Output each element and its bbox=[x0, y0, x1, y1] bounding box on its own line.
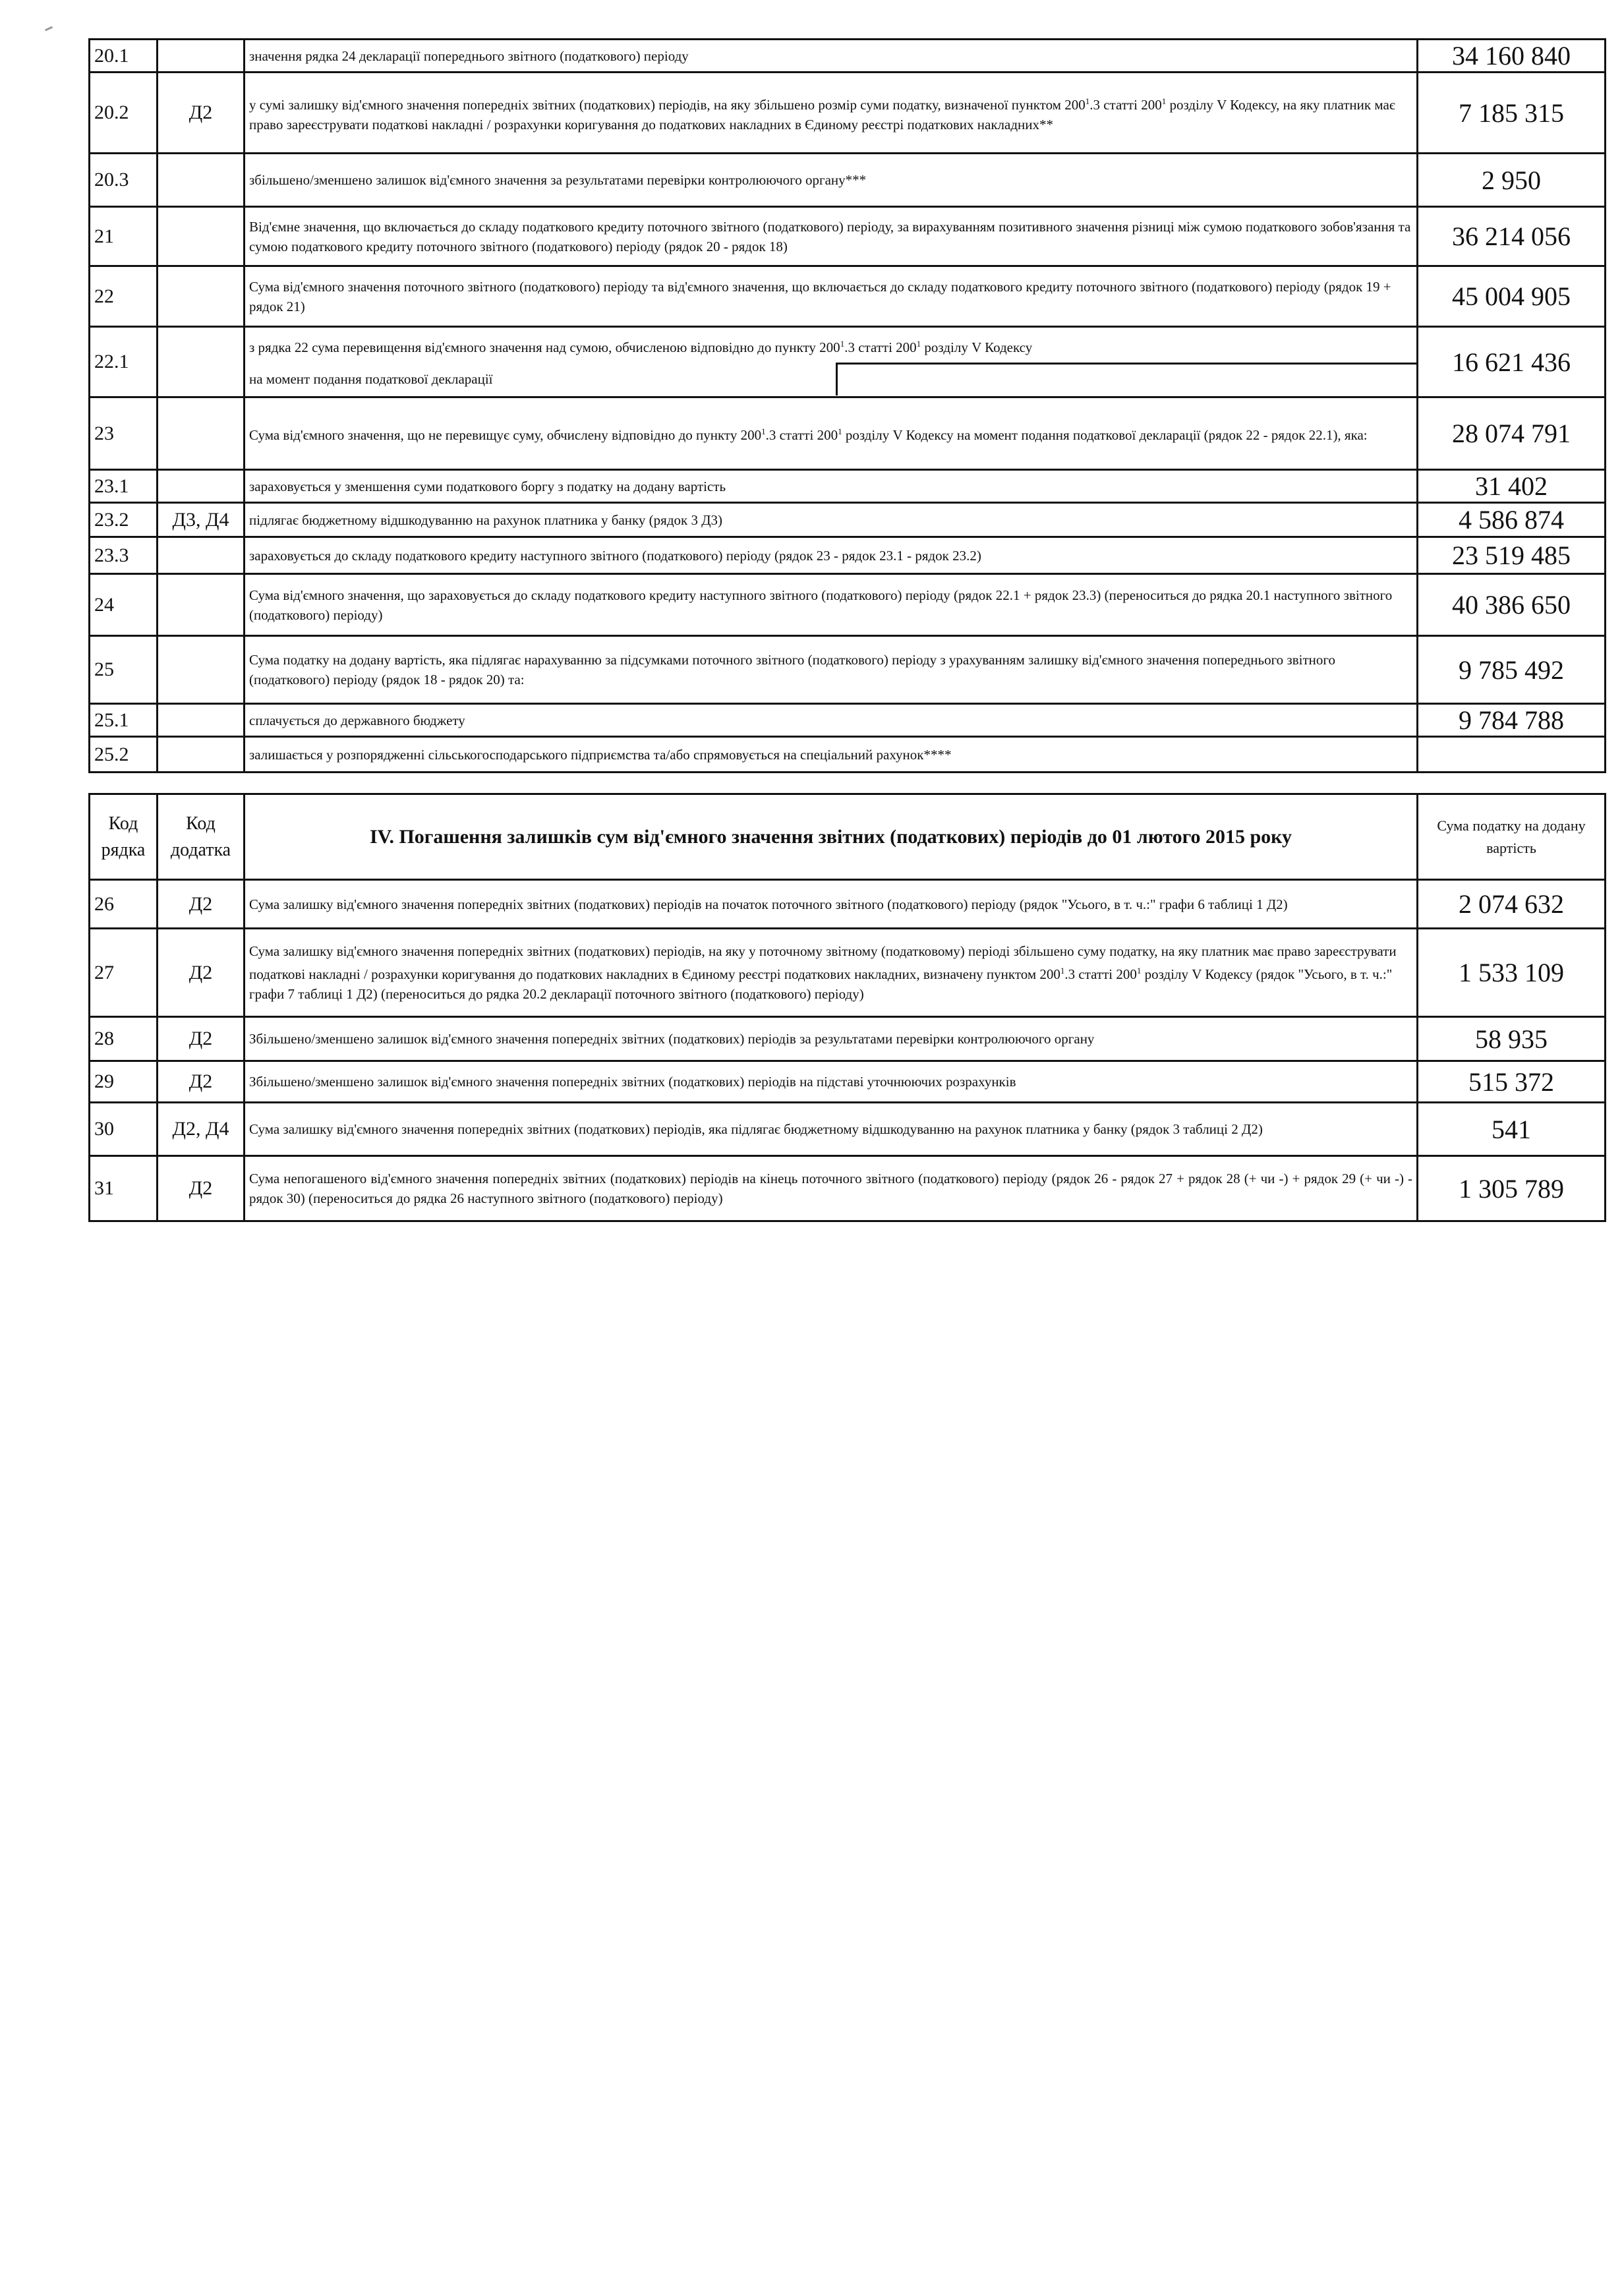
description-cell: Сума від'ємного значення, що не перевищу… bbox=[245, 397, 1418, 470]
description-fragment: .3 статті 200 bbox=[844, 339, 916, 355]
row-description: з рядка 22 сума перевищення від'ємного з… bbox=[249, 334, 1032, 357]
row-code: 28 bbox=[90, 1017, 158, 1061]
row-value: 16 621 436 bbox=[1418, 327, 1606, 397]
row-description: збільшено/зменшено залишок від'ємного зн… bbox=[249, 172, 866, 188]
row-value: 2 950 bbox=[1418, 154, 1606, 207]
row-description: значення рядка 24 декларації попередньог… bbox=[249, 48, 689, 64]
row-description: Сума непогашеного від'ємного значення по… bbox=[249, 1171, 1412, 1206]
row-code: 30 bbox=[90, 1103, 158, 1156]
header-row-code: Код рядка bbox=[90, 794, 158, 880]
appendix-code: Д2 bbox=[158, 73, 245, 154]
description-cell: Сума залишку від'ємного значення поперед… bbox=[245, 929, 1418, 1017]
appendix-code: Д2 bbox=[158, 929, 245, 1017]
row-code: 24 bbox=[90, 574, 158, 636]
row-description: зараховується у зменшення суми податково… bbox=[249, 479, 726, 494]
row-value: 34 160 840 bbox=[1418, 40, 1606, 73]
description-line-2-row: на момент подання податкової декларації bbox=[245, 363, 1416, 395]
row-description: Сума залишку від'ємного значення поперед… bbox=[249, 1121, 1263, 1137]
table-row: 28Д2Збільшено/зменшено залишок від'ємног… bbox=[90, 1017, 1606, 1061]
row-code: 21 bbox=[90, 207, 158, 266]
row-code: 23.3 bbox=[90, 537, 158, 574]
row-value: 4 586 874 bbox=[1418, 503, 1606, 537]
row-code: 22.1 bbox=[90, 327, 158, 397]
table-row: 25.1сплачується до державного бюджету9 7… bbox=[90, 704, 1606, 737]
table-row: 23Сума від'ємного значення, що не переви… bbox=[90, 397, 1606, 470]
row-code: 23.1 bbox=[90, 470, 158, 503]
row-description: залишається у розпорядженні сільськогосп… bbox=[249, 747, 951, 763]
table-row: 23.3зараховується до складу податкового … bbox=[90, 537, 1606, 574]
row-code: 20.2 bbox=[90, 73, 158, 154]
table-row: 27Д2Сума залишку від'ємного значення поп… bbox=[90, 929, 1606, 1017]
empty-subcell bbox=[836, 363, 1416, 395]
table-row: 20.1значення рядка 24 декларації поперед… bbox=[90, 40, 1606, 73]
row-value: 28 074 791 bbox=[1418, 397, 1606, 470]
row-value: 2 074 632 bbox=[1418, 880, 1606, 929]
description-cell: Сума від'ємного значення поточного звітн… bbox=[245, 266, 1418, 327]
row-code: 20.3 bbox=[90, 154, 158, 207]
row-value bbox=[1418, 737, 1606, 773]
description-cell: сплачується до державного бюджету bbox=[245, 704, 1418, 737]
row-value: 23 519 485 bbox=[1418, 537, 1606, 574]
section4-title: IV. Погашення залишків сум від'ємного зн… bbox=[245, 794, 1418, 880]
row-value: 36 214 056 bbox=[1418, 207, 1606, 266]
row-value: 31 402 bbox=[1418, 470, 1606, 503]
table-row: 30Д2, Д4Сума залишку від'ємного значення… bbox=[90, 1103, 1606, 1156]
row-value: 58 935 bbox=[1418, 1017, 1606, 1061]
row-code: 25.2 bbox=[90, 737, 158, 773]
row-code: 23 bbox=[90, 397, 158, 470]
appendix-code: Д3, Д4 bbox=[158, 503, 245, 537]
description-cell: Сума від'ємного значення, що зараховуєть… bbox=[245, 574, 1418, 636]
description-cell: Сума залишку від'ємного значення поперед… bbox=[245, 1103, 1418, 1156]
description-fragment: .3 статті 200 bbox=[1089, 97, 1161, 113]
description-cell: Від'ємне значення, що включається до скл… bbox=[245, 207, 1418, 266]
row-code: 22 bbox=[90, 266, 158, 327]
scan-mark bbox=[45, 26, 53, 32]
description-fragment: з рядка 22 сума перевищення від'ємного з… bbox=[249, 339, 840, 355]
section4-table: Код рядка Код додатка IV. Погашення зали… bbox=[88, 793, 1606, 1222]
appendix-code bbox=[158, 397, 245, 470]
description-cell: збільшено/зменшено залишок від'ємного зн… bbox=[245, 154, 1418, 207]
appendix-code bbox=[158, 636, 245, 704]
appendix-code bbox=[158, 737, 245, 773]
row-value: 9 785 492 bbox=[1418, 636, 1606, 704]
row-description: Сума податку на додану вартість, яка під… bbox=[249, 652, 1335, 687]
row-code: 26 bbox=[90, 880, 158, 929]
table-row: 24Сума від'ємного значення, що зараховує… bbox=[90, 574, 1606, 636]
appendix-code: Д2 bbox=[158, 1061, 245, 1103]
description-cell: з рядка 22 сума перевищення від'ємного з… bbox=[245, 327, 1418, 397]
description-fragment: Сума від'ємного значення, що не перевищу… bbox=[249, 427, 761, 443]
header-vat-amount: Сума податку на додану вартість bbox=[1418, 794, 1606, 880]
description-cell: значення рядка 24 декларації попередньог… bbox=[245, 40, 1418, 73]
header-appendix-code: Код додатка bbox=[158, 794, 245, 880]
description-fragment: .3 статті 200 bbox=[1064, 966, 1136, 982]
row-description: Сума залишку від'ємного значення поперед… bbox=[249, 896, 1288, 912]
table-row: 20.3збільшено/зменшено залишок від'ємног… bbox=[90, 154, 1606, 207]
table-row: 26Д2Сума залишку від'ємного значення поп… bbox=[90, 880, 1606, 929]
appendix-code: Д2 bbox=[158, 1017, 245, 1061]
description-cell: Сума непогашеного від'ємного значення по… bbox=[245, 1156, 1418, 1221]
table-row: 23.2Д3, Д4підлягає бюджетному відшкодува… bbox=[90, 503, 1606, 537]
row-code: 31 bbox=[90, 1156, 158, 1221]
row-description: Сума залишку від'ємного значення поперед… bbox=[249, 943, 1397, 1002]
appendix-code bbox=[158, 40, 245, 73]
row-description: зараховується до складу податкового кред… bbox=[249, 548, 981, 564]
description-cell: Збільшено/зменшено залишок від'ємного зн… bbox=[245, 1017, 1418, 1061]
appendix-code bbox=[158, 704, 245, 737]
table-row: 31Д2Сума непогашеного від'ємного значенн… bbox=[90, 1156, 1606, 1221]
table-row: 21Від'ємне значення, що включається до с… bbox=[90, 207, 1606, 266]
row-description: Сума від'ємного значення, що зараховуєть… bbox=[249, 587, 1392, 623]
row-description: сплачується до державного бюджету bbox=[249, 713, 465, 728]
row-description: підлягає бюджетному відшкодуванню на рах… bbox=[249, 512, 722, 528]
description-fragment: у сумі залишку від'ємного значення попер… bbox=[249, 97, 1086, 113]
row-code: 20.1 bbox=[90, 40, 158, 73]
description-fragment: .3 статті 200 bbox=[766, 427, 838, 443]
section4-header-row: Код рядка Код додатка IV. Погашення зали… bbox=[90, 794, 1606, 880]
row-code: 29 bbox=[90, 1061, 158, 1103]
row-description: Збільшено/зменшено залишок від'ємного зн… bbox=[249, 1031, 1094, 1047]
row-value: 515 372 bbox=[1418, 1061, 1606, 1103]
appendix-code: Д2 bbox=[158, 880, 245, 929]
row-value: 45 004 905 bbox=[1418, 266, 1606, 327]
row-description: Від'ємне значення, що включається до скл… bbox=[249, 219, 1410, 254]
table-row: 20.2Д2у сумі залишку від'ємного значення… bbox=[90, 73, 1606, 154]
row-value: 7 185 315 bbox=[1418, 73, 1606, 154]
appendix-code bbox=[158, 207, 245, 266]
appendix-code bbox=[158, 154, 245, 207]
description-cell: зараховується у зменшення суми податково… bbox=[245, 470, 1418, 503]
row-description: Сума від'ємного значення поточного звітн… bbox=[249, 279, 1391, 314]
appendix-code bbox=[158, 574, 245, 636]
table-row: 29Д2Збільшено/зменшено залишок від'ємног… bbox=[90, 1061, 1606, 1103]
row-description: у сумі залишку від'ємного значення попер… bbox=[249, 97, 1395, 132]
appendix-code bbox=[158, 327, 245, 397]
description-cell: зараховується до складу податкового кред… bbox=[245, 537, 1418, 574]
row-value: 9 784 788 bbox=[1418, 704, 1606, 737]
description-cell: Збільшено/зменшено залишок від'ємного зн… bbox=[245, 1061, 1418, 1103]
description-line-1: з рядка 22 сума перевищення від'ємного з… bbox=[245, 328, 1416, 363]
appendix-code: Д2, Д4 bbox=[158, 1103, 245, 1156]
description-cell: у сумі залишку від'ємного значення попер… bbox=[245, 73, 1418, 154]
description-cell: Сума залишку від'ємного значення поперед… bbox=[245, 880, 1418, 929]
row-code: 25.1 bbox=[90, 704, 158, 737]
row-code: 25 bbox=[90, 636, 158, 704]
description-cell: залишається у розпорядженні сільськогосп… bbox=[245, 737, 1418, 773]
appendix-code bbox=[158, 537, 245, 574]
row-value: 541 bbox=[1418, 1103, 1606, 1156]
table-row: 22.1з рядка 22 сума перевищення від'ємно… bbox=[90, 327, 1606, 397]
appendix-code bbox=[158, 470, 245, 503]
row-description: Збільшено/зменшено залишок від'ємного зн… bbox=[249, 1074, 1016, 1090]
row-code: 23.2 bbox=[90, 503, 158, 537]
row-code: 27 bbox=[90, 929, 158, 1017]
description-cell: підлягає бюджетному відшкодуванню на рах… bbox=[245, 503, 1418, 537]
section3-table: 20.1значення рядка 24 декларації поперед… bbox=[88, 38, 1606, 773]
table-row: 25Сума податку на додану вартість, яка п… bbox=[90, 636, 1606, 704]
description-line-2: на момент подання податкової декларації bbox=[245, 363, 836, 395]
table-row: 23.1зараховується у зменшення суми подат… bbox=[90, 470, 1606, 503]
description-fragment: розділу V Кодексу bbox=[921, 339, 1032, 355]
row-value: 1 533 109 bbox=[1418, 929, 1606, 1017]
row-value: 1 305 789 bbox=[1418, 1156, 1606, 1221]
appendix-code bbox=[158, 266, 245, 327]
row-description: Сума від'ємного значення, що не перевищу… bbox=[249, 427, 1368, 443]
row-value: 40 386 650 bbox=[1418, 574, 1606, 636]
description-fragment: розділу V Кодексу на момент подання пода… bbox=[842, 427, 1368, 443]
appendix-code: Д2 bbox=[158, 1156, 245, 1221]
description-cell: Сума податку на додану вартість, яка під… bbox=[245, 636, 1418, 704]
table-row: 22Сума від'ємного значення поточного зві… bbox=[90, 266, 1606, 327]
table-row: 25.2залишається у розпорядженні сільсько… bbox=[90, 737, 1606, 773]
